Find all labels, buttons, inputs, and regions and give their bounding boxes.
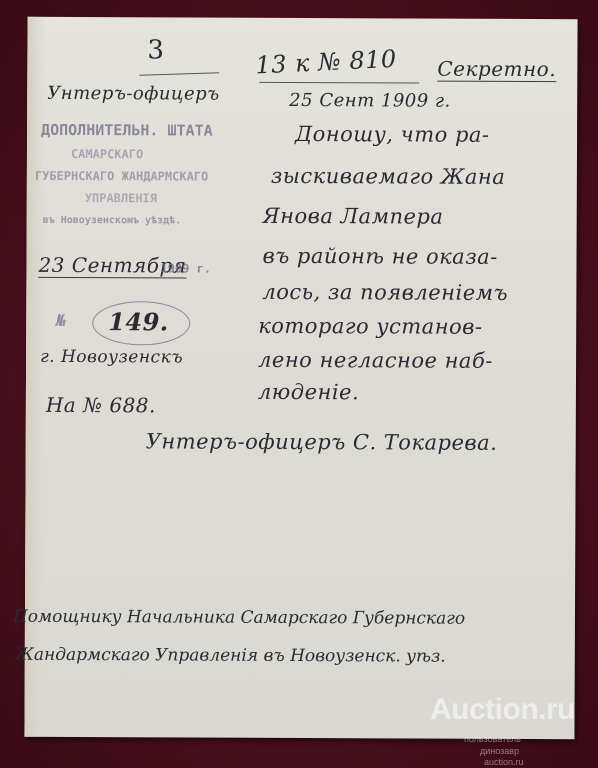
sender-year: 1909 г. (160, 261, 211, 275)
stamp-line: ДОПОЛНИТЕЛЬН. ШТАТА (41, 121, 213, 140)
body-line: люденіе. (258, 380, 359, 404)
addressee-line: Жандармскаго Управленія въ Новоузенск. у… (15, 645, 446, 667)
body-line: Янова Лампера (263, 204, 444, 229)
sender-number: 149. (108, 307, 169, 336)
body-line: Доношу, что ра- (295, 122, 490, 147)
watermark-line: auction.ru (484, 757, 524, 767)
body-line: зыскиваемаго Жана (271, 164, 505, 189)
stamp-line: въ Новоузенскомъ уѣздѣ. (43, 215, 182, 227)
watermark-brand: Auction.ru (430, 693, 575, 727)
number-prefix: № (56, 311, 66, 330)
body-line: котораго установ- (258, 314, 482, 339)
signature: Унтеръ-офицеръ С. Токарева. (146, 429, 498, 455)
classification-label: Секретно. (437, 57, 556, 83)
body-line: лось, за появленіемъ (262, 280, 508, 305)
incoming-ref: 13 к № 810 (255, 45, 397, 80)
incoming-ref-rule (259, 82, 419, 84)
sender-stamp: ДОПОЛНИТЕЛЬН. ШТАТА САМАРСКАГО ГУБЕРНСКА… (28, 17, 578, 19)
addressee-line: Помощнику Начальника Самарскаго Губернск… (13, 607, 465, 629)
body-line: въ районѣ не оказа- (262, 244, 497, 269)
page-number: 3 (147, 35, 164, 65)
body-text: Доношу, что ра- зыскиваемаго Жана Янова … (28, 17, 578, 19)
body-line: лено негласное наб- (258, 348, 493, 373)
stamp-line: ГУБЕРНСКАГО ЖАНДАРМСКАГО (35, 169, 208, 184)
header-rule (139, 72, 219, 75)
watermark-line: пользователь (464, 734, 521, 744)
received-date: 25 Сент 1909 г. (289, 90, 451, 112)
sender-place: г. Новоузенскъ (40, 347, 183, 368)
document-sheet: 3 13 к № 810 Секретно. 25 Сент 1909 г. У… (24, 17, 577, 739)
watermark-line: динозавр (480, 746, 519, 756)
sender-title: Унтеръ-офицеръ (47, 83, 220, 105)
addressee-block: Помощнику Начальника Самарскаго Губернск… (28, 17, 578, 19)
reply-ref: На № 688. (46, 393, 156, 417)
stamp-line: САМАРСКАГО (71, 147, 143, 161)
stamp-line: УПРАВЛЕНІЯ (85, 191, 157, 205)
